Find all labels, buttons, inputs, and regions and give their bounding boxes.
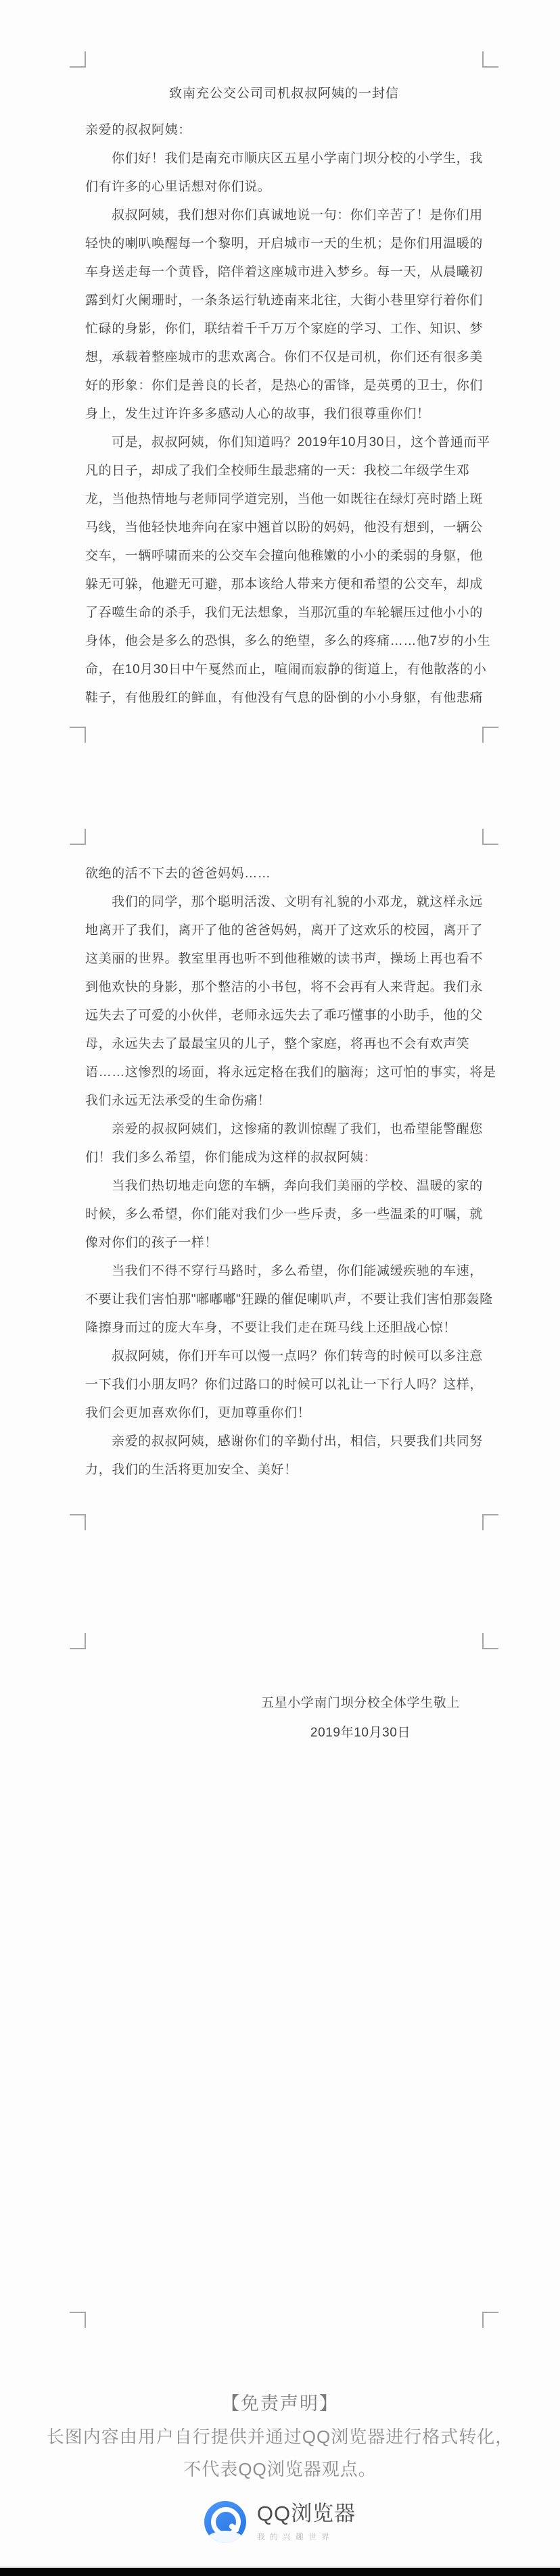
logo-cloud — [206, 2531, 245, 2543]
letter-line: 时候，多么希望，你们能对我们少一些斥责，多一些温柔的叮嘱，就 — [85, 1200, 483, 1229]
letter-signature: 五星小学南门坝分校全体学生敬上 — [261, 1688, 460, 1718]
bottom-black-bar — [0, 2567, 560, 2576]
page-corner-mark — [70, 1633, 86, 1649]
letter-line: 远失去了可爱的小伙伴，老师永远失去了乖巧懂事的小助手，他的父 — [85, 1002, 483, 1030]
page-corner-mark — [482, 1514, 498, 1530]
brand-slogan: 我的兴趣世界 — [257, 2531, 334, 2542]
letter-line: 力，我们的生活将更加安全、美好！ — [85, 1456, 483, 1484]
disclaimer-line-1: 长图内容由用户自行提供并通过QQ浏览器进行格式转化， — [0, 2421, 560, 2453]
brand-name: QQ浏览器 — [257, 2502, 356, 2525]
qq-browser-brand: QQ浏览器 我的兴趣世界 — [0, 2501, 560, 2543]
letter-line: 马线，当他轻快地奔向在家中翘首以盼的妈妈，他没有想到，一辆公 — [85, 514, 483, 542]
letter-line: 车身送走每一个黄昏，陪伴着这座城市进入梦乡。每一天，从晨曦初 — [85, 258, 483, 287]
letter-title: 致南充公交公司司机叔叔阿姨的一封信 — [85, 80, 483, 108]
letter-date: 2019年10月30日 — [261, 1718, 460, 1748]
letter-line: 我们会更加喜欢你们，更加尊重你们！ — [85, 1399, 483, 1428]
letter-line: 欲绝的活不下去的爸爸妈妈…… — [85, 860, 483, 888]
letter-line: 隆擦身而过的庞大车身，不要让我们走在斑马线上还胆战心惊！ — [85, 1314, 483, 1342]
disclaimer-section: 【免责声明】 长图内容由用户自行提供并通过QQ浏览器进行格式转化， 不代表QQ浏… — [0, 2387, 560, 2485]
page-corner-mark — [482, 1633, 498, 1649]
letter-line: 了吞噬生命的杀手，我们无法想象，当那沉重的车轮辗压过他小小的 — [85, 599, 483, 627]
letter-line: 我们永远无法承受的生命伤痛！ — [85, 1087, 483, 1115]
letter-line: 可是，叔叔阿姨，你们知道吗？2019年10月30日，这个普通而平 — [85, 429, 483, 457]
letter-line: 鞋子，有他殷红的鲜血，有他没有气息的卧倒的小小身躯，有他悲痛 — [85, 684, 483, 712]
letter-line: 轻快的喇叭唤醒每一个黎明，开启城市一天的生机；是你们用温暖的 — [85, 230, 483, 258]
letter-line: 身体，他会是多么的恐惧，多么的绝望，多么的疼痛……他7岁的小生 — [85, 627, 483, 656]
page-corner-mark — [70, 727, 86, 743]
page-corner-mark — [70, 2312, 86, 2328]
letter-line: 露到灯火阑珊时，一条条运行轨迹南来北往，大街小巷里穿行着你们 — [85, 287, 483, 315]
letter-line: 语……这惨烈的场面，将永远定格在我们的脑海；这可怕的事实，将是 — [85, 1059, 483, 1087]
letter-line: 们！我们多么希望，你们能成为这样的叔叔阿姨： — [85, 1144, 483, 1172]
letter-line: 躲无可躲，他避无可避，那本该给人带来方便和希望的公交车，却成 — [85, 570, 483, 599]
letter-line: 像对你们的孩子一样！ — [85, 1229, 483, 1257]
letter-line: 到他欢快的身影，那个整洁的小书包，将不会再有人来背起。我们永 — [85, 973, 483, 1002]
letter-line: 亲爱的叔叔阿姨： — [85, 116, 483, 145]
letter-line: 忙碌的身影，你们，联结着千千万万个家庭的学习、工作、知识、梦 — [85, 315, 483, 343]
letter-line: 龙，当他热情地与老师同学道完别，当他一如既往在绿灯亮时踏上斑 — [85, 485, 483, 514]
disclaimer-title: 【免责声明】 — [0, 2387, 560, 2421]
letter-line: 我们的同学，那个聪明活泼、文明有礼貌的小邓龙，就这样永远 — [85, 888, 483, 917]
letter-line: 好的形象：你们是善良的长者，是热心的雷锋，是英勇的卫士，你们 — [85, 372, 483, 400]
page-corner-mark — [482, 51, 498, 68]
letter-line: 你们好！我们是南充市顺庆区五星小学南门坝分校的小学生，我 — [85, 145, 483, 173]
letter-line: 当我们不得不穿行马路时，多么希望，你们能减缓疾驰的车速， — [85, 1257, 483, 1286]
letter-line: 叔叔阿姨，我们想对你们真诚地说一句：你们辛苦了！是你们用 — [85, 201, 483, 230]
letter-line: 这美丽的世界。教室里再也听不到他稚嫩的读书声，操场上再也看不 — [85, 945, 483, 973]
page-corner-mark — [70, 829, 86, 845]
accent-colon: ： — [364, 1150, 377, 1165]
letter-line: 地离开了我们，离开了他的爸爸妈妈，离开了这欢乐的校园，离开了 — [85, 917, 483, 945]
letter-page-1: 致南充公交公司司机叔叔阿姨的一封信 亲爱的叔叔阿姨：你们好！我们是南充市顺庆区五… — [85, 80, 483, 712]
letter-line: 凡的日子，却成了我们全校师生最悲痛的一天：我校二年级学生邓 — [85, 457, 483, 485]
page-corner-mark — [70, 1514, 86, 1530]
letter-line: 叔叔阿姨，你们开车可以慢一点吗？你们转弯的时候可以多注意 — [85, 1342, 483, 1371]
long-image-document: 致南充公交公司司机叔叔阿姨的一封信 亲爱的叔叔阿姨：你们好！我们是南充市顺庆区五… — [0, 0, 560, 2576]
letter-page-3: 五星小学南门坝分校全体学生敬上 2019年10月30日 — [85, 1688, 483, 1748]
letter-line: 身上，发生过许许多多感动人心的故事，我们很尊重你们！ — [85, 400, 483, 429]
letter-line: 交车，一辆呼啸而来的公交车会撞向他稚嫩的小小的柔弱的身躯，他 — [85, 542, 483, 570]
signature-block: 五星小学南门坝分校全体学生敬上 2019年10月30日 — [261, 1688, 460, 1748]
letter-page-2: 欲绝的活不下去的爸爸妈妈……我们的同学，那个聪明活泼、文明有礼貌的小邓龙，就这样… — [85, 860, 483, 1484]
letter-line: 们有许多的心里话想对你们说。 — [85, 173, 483, 201]
letter-line: 亲爱的叔叔阿姨们，这惨痛的教训惊醒了我们，也希望能警醒您 — [85, 1115, 483, 1144]
letter-line: 不要让我们害怕那"嘟嘟嘟"狂躁的催促喇叭声，不要让我们害怕那轰隆 — [85, 1286, 483, 1314]
letter-line: 亲爱的叔叔阿姨，感谢你们的辛勤付出，相信，只要我们共同努 — [85, 1428, 483, 1456]
page-corner-mark — [482, 727, 498, 743]
qq-browser-logo-icon — [204, 2501, 246, 2543]
letter-line: 想，承载着整座城市的悲欢离合。你们不仅是司机，你们还有很多美 — [85, 343, 483, 372]
page-corner-mark — [482, 2312, 498, 2328]
letter-body-page-1: 亲爱的叔叔阿姨：你们好！我们是南充市顺庆区五星小学南门坝分校的小学生，我们有许多… — [85, 116, 483, 712]
letter-body-page-2: 欲绝的活不下去的爸爸妈妈……我们的同学，那个聪明活泼、文明有礼貌的小邓龙，就这样… — [85, 860, 483, 1484]
brand-text: QQ浏览器 我的兴趣世界 — [257, 2501, 356, 2542]
letter-line: 命，在10月30日中午戛然而止，喧闹而寂静的街道上，有他散落的小 — [85, 656, 483, 684]
letter-line: 一下我们小朋友吗？你们过路口的时候可以礼让一下行人吗？这样， — [85, 1371, 483, 1399]
letter-line: 当我们热切地走向您的车辆，奔向我们美丽的学校、温暖的家的 — [85, 1172, 483, 1200]
page-corner-mark — [70, 51, 86, 68]
disclaimer-line-2: 不代表QQ浏览器观点。 — [0, 2453, 560, 2485]
page-corner-mark — [482, 829, 498, 845]
letter-line: 母，永远失去了最最宝贝的儿子，整个家庭，将再也不会有欢声笑 — [85, 1030, 483, 1059]
